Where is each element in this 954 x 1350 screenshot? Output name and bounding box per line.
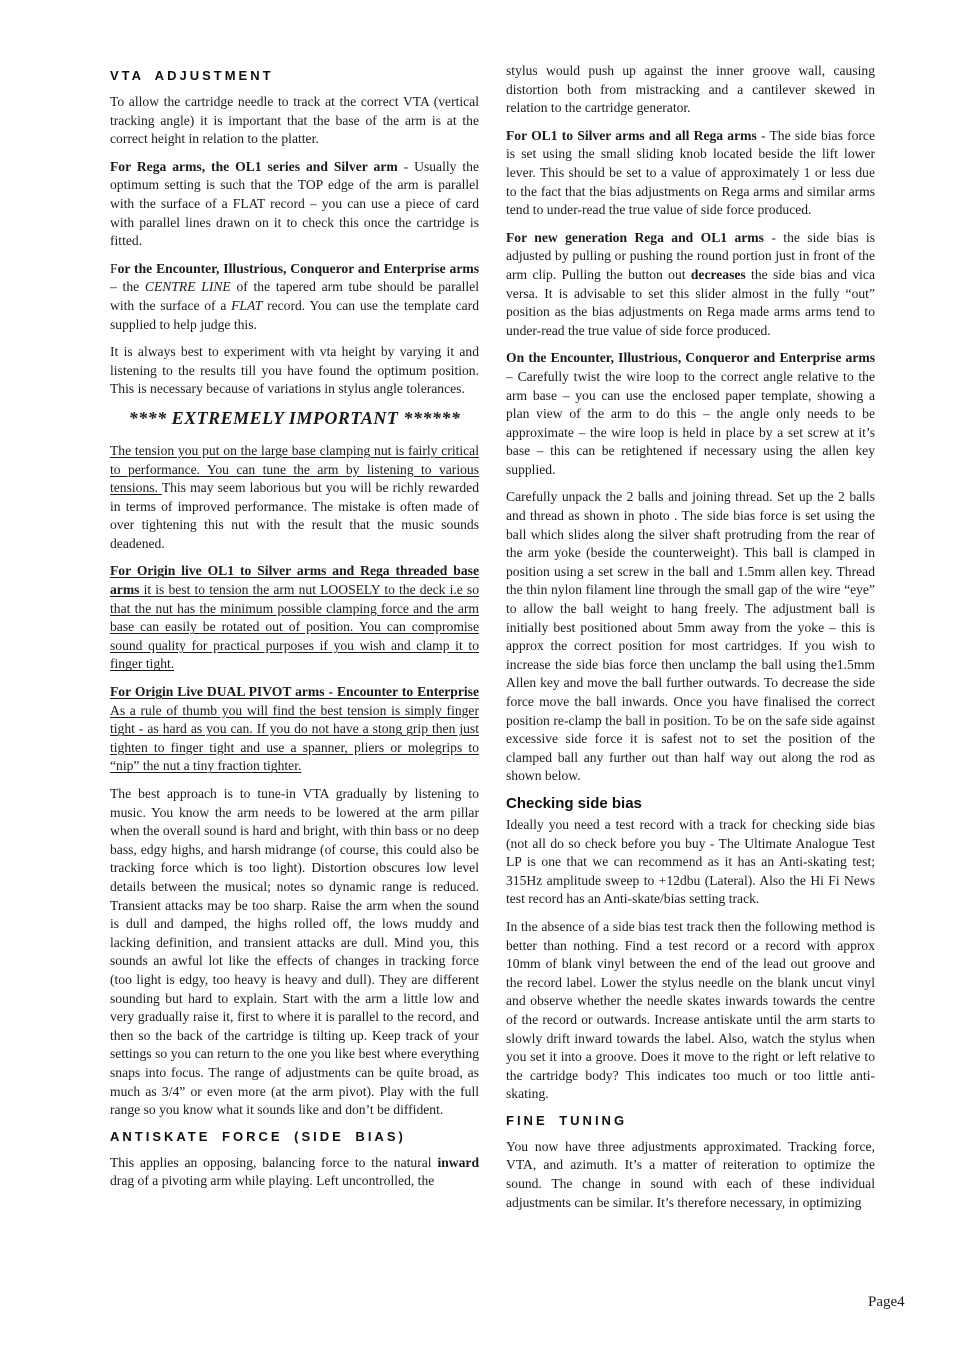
- text-segment: For Origin Live DUAL PIVOT arms - Encoun…: [110, 684, 479, 699]
- section-heading: ANTISKATE FORCE (SIDE BIAS): [110, 1129, 479, 1144]
- text-segment: In the absence of a side bias test track…: [506, 919, 875, 1101]
- text-segment: For OL1 to Silver arms and all Rega arms: [506, 128, 757, 143]
- banner: **** EXTREMELY IMPORTANT ******: [110, 408, 479, 429]
- paragraph: To allow the cartridge needle to track a…: [110, 93, 479, 149]
- paragraph: For the Encounter, Illustrious, Conquero…: [110, 260, 479, 334]
- text-segment: inward: [437, 1155, 479, 1170]
- text-segment: stylus would push up against the inner g…: [506, 63, 875, 115]
- paragraph: The tension you put on the large base cl…: [110, 442, 479, 554]
- text-segment: The best approach is to tune-in VTA grad…: [110, 786, 479, 1117]
- text-segment: For new generation Rega and OL1 arms: [506, 230, 764, 245]
- text-segment: – the: [110, 279, 145, 294]
- column-left: VTA ADJUSTMENTTo allow the cartridge nee…: [110, 62, 479, 1221]
- section-heading: VTA ADJUSTMENT: [110, 68, 479, 83]
- paragraph: For new generation Rega and OL1 arms - t…: [506, 229, 875, 341]
- text-segment: F: [110, 261, 118, 276]
- text-segment: Carefully unpack the 2 balls and joining…: [506, 489, 875, 783]
- text-segment: To allow the cartridge needle to track a…: [110, 94, 479, 146]
- sub-heading: Checking side bias: [506, 795, 875, 812]
- paragraph: For Origin live OL1 to Silver arms and R…: [110, 562, 479, 674]
- text-segment: drag of a pivoting arm while playing. Le…: [110, 1173, 434, 1188]
- paragraph: For OL1 to Silver arms and all Rega arms…: [506, 127, 875, 220]
- column-right: stylus would push up against the inner g…: [506, 62, 875, 1221]
- paragraph: stylus would push up against the inner g…: [506, 62, 875, 118]
- text-segment: or the Encounter, Illustrious, Conqueror…: [118, 261, 479, 276]
- paragraph: This applies an opposing, balancing forc…: [110, 1154, 479, 1191]
- paragraph: Ideally you need a test record with a tr…: [506, 816, 875, 909]
- text-segment: Ideally you need a test record with a tr…: [506, 817, 875, 906]
- text-segment: FLAT: [231, 298, 262, 313]
- text-segment: it is best to tension the arm nut LOOSEL…: [110, 582, 479, 671]
- paragraph: Carefully unpack the 2 balls and joining…: [506, 488, 875, 786]
- paragraph: On the Encounter, Illustrious, Conqueror…: [506, 349, 875, 479]
- paragraph: It is always best to experiment with vta…: [110, 343, 479, 399]
- text-segment: For Rega arms, the OL1 series and Silver…: [110, 159, 398, 174]
- document-page: VTA ADJUSTMENTTo allow the cartridge nee…: [0, 0, 954, 1350]
- paragraph: In the absence of a side bias test track…: [506, 918, 875, 1104]
- document-columns: VTA ADJUSTMENTTo allow the cartridge nee…: [110, 62, 954, 1221]
- paragraph: You now have three adjustments approxima…: [506, 1138, 875, 1212]
- text-segment: – Carefully twist the wire loop to the c…: [506, 369, 875, 477]
- page-number: Page4: [868, 1294, 905, 1311]
- text-segment: As a rule of thumb you will find the bes…: [110, 703, 479, 774]
- section-heading: FINE TUNING: [506, 1113, 875, 1128]
- text-segment: This may seem laborious but you will be …: [110, 480, 479, 551]
- text-segment: You now have three adjustments approxima…: [506, 1139, 875, 1210]
- paragraph: For Rega arms, the OL1 series and Silver…: [110, 158, 479, 251]
- paragraph: For Origin Live DUAL PIVOT arms - Encoun…: [110, 683, 479, 776]
- paragraph: The best approach is to tune-in VTA grad…: [110, 785, 479, 1120]
- text-segment: On the Encounter, Illustrious, Conqueror…: [506, 350, 875, 365]
- text-segment: It is always best to experiment with vta…: [110, 344, 479, 396]
- text-segment: CENTRE LINE: [145, 279, 231, 294]
- text-segment: This applies an opposing, balancing forc…: [110, 1155, 437, 1170]
- text-segment: decreases: [691, 267, 746, 282]
